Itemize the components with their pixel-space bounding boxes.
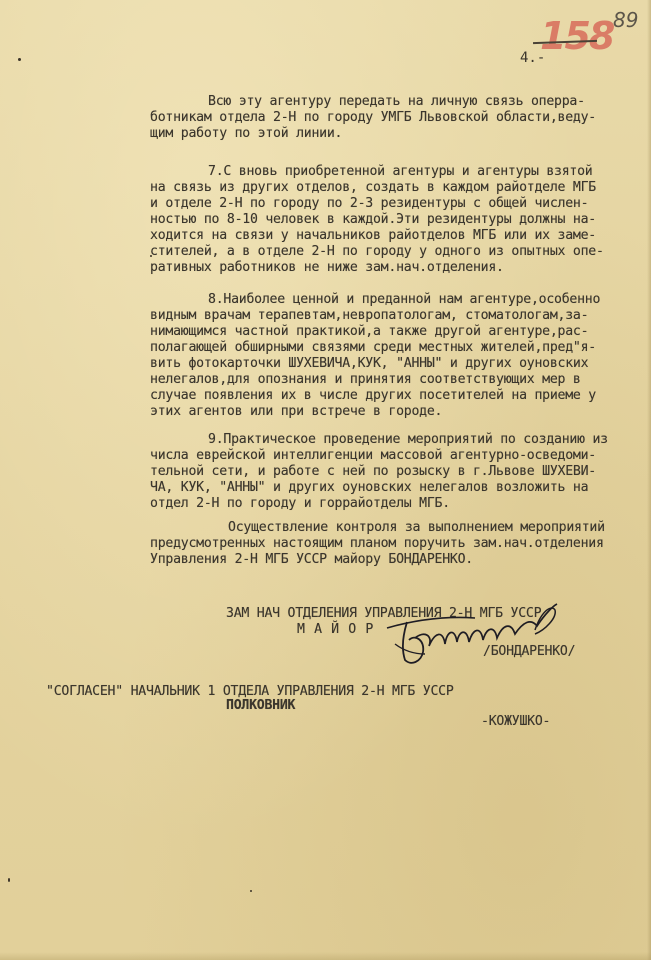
handwritten-signature — [385, 600, 565, 670]
text-line: Всю эту агентуру передать на личную связ… — [208, 94, 585, 110]
text-line: ностью по 8-10 человек в каждой.Эти рези… — [150, 212, 596, 228]
approver-name: -КОЖУШКО- — [481, 714, 550, 730]
text-line: 8.Наиболее ценной и преданной нам агенту… — [208, 292, 600, 308]
paper-speck — [18, 58, 21, 61]
paper-speck — [150, 255, 152, 257]
text-line: нимающимся частной практикой,а также дру… — [150, 324, 588, 340]
text-line: видным врачам терапевтам,невропатологам,… — [150, 308, 588, 324]
text-line: нелегалов,для опознания и принятия соотв… — [150, 372, 581, 388]
paper-edge-shadow — [647, 0, 651, 960]
document-page: 158 89 4.- Всю эту агентуру передать на … — [0, 0, 651, 960]
paper-edge-shadow — [0, 952, 651, 960]
text-line: Управления 2-Н МГБ УССР майору БОНДАРЕНК… — [150, 552, 473, 568]
text-line: Осуществление контроля за выполнением ме… — [228, 520, 605, 536]
text-line: ЧА, КУК, "АННЫ" и других оуновских нелег… — [150, 480, 588, 496]
paper-speck — [250, 890, 252, 892]
text-line: и отделе 2-Н по городу по 2-3 резидентур… — [150, 196, 588, 212]
approver-rank: ПОЛКОВНИК — [226, 698, 295, 714]
text-line: ботникам отдела 2-Н по городу УМГБ Львов… — [150, 110, 596, 126]
page-number: 4.- — [520, 50, 545, 66]
text-line: вить фотокарточки ШУХЕВИЧА,КУК, "АННЫ" и… — [150, 356, 588, 372]
text-line: на связь из других отделов, создать в ка… — [150, 180, 596, 196]
archive-number-red: 158 — [540, 14, 613, 58]
text-line: полагающей обширными связями среди местн… — [150, 340, 596, 356]
text-line: этих агентов или при встрече в городе. — [150, 404, 442, 420]
text-line: случае появления их в числе других посет… — [150, 388, 596, 404]
paper-speck — [8, 878, 10, 882]
text-line: 7.С вновь приобретенной агентуры и агент… — [208, 164, 592, 180]
archive-number-pencil: 89 — [613, 8, 638, 32]
signer-rank: М А Й О Р — [297, 622, 374, 638]
text-line: 9.Практическое проведение мероприятий по… — [208, 432, 608, 448]
text-line: предусмотренных настоящим планом поручит… — [150, 536, 604, 552]
text-line: ходится на связи у начальников райотдело… — [150, 228, 596, 244]
text-line: стителей, а в отделе 2-Н по городу у одн… — [150, 244, 604, 260]
text-line: тельной сети, и работе с ней по розыску … — [150, 464, 596, 480]
text-line: ративных работников не ниже зам.нач.отде… — [150, 260, 504, 276]
text-line: числа еврейской интеллигенции массовой а… — [150, 448, 596, 464]
text-line: щим работу по этой линии. — [150, 126, 342, 142]
text-line: отдел 2-Н по городу и горрайотделы МГБ. — [150, 496, 450, 512]
